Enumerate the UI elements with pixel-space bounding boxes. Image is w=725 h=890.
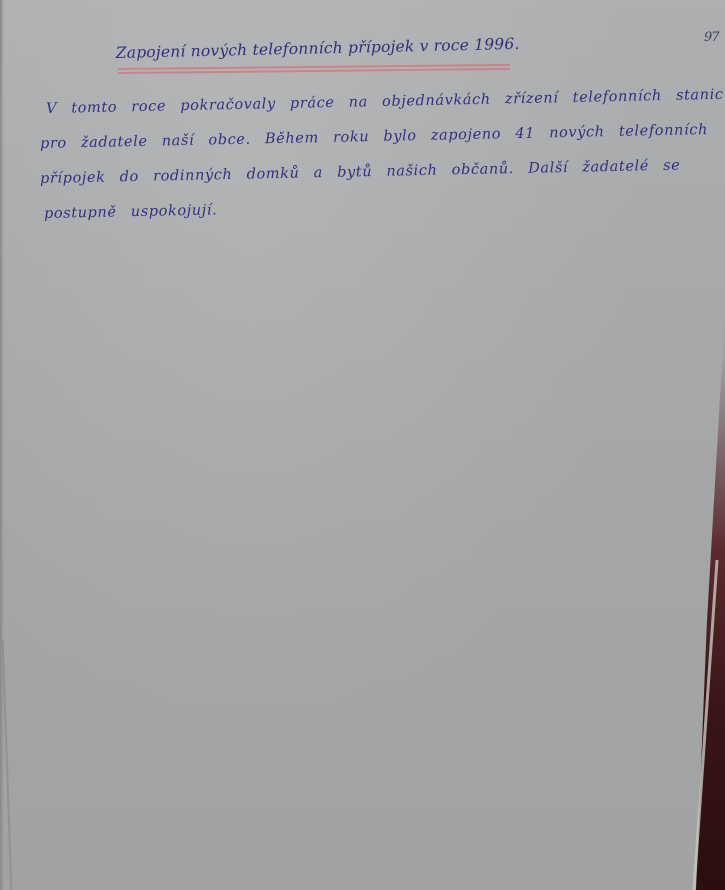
page-left-shadow: [0, 0, 4, 890]
scene: 97 Zapojení nových telefonních přípojek …: [0, 0, 725, 890]
chronicle-page: 97 Zapojení nových telefonních přípojek …: [0, 0, 725, 890]
page-title: Zapojení nových telefonních přípojek v r…: [116, 35, 511, 62]
page-number: 97: [704, 30, 719, 45]
paragraph: V tomto roce pokračovaly práce na objedn…: [40, 92, 680, 232]
title-block: Zapojení nových telefonních přípojek v r…: [116, 44, 511, 62]
